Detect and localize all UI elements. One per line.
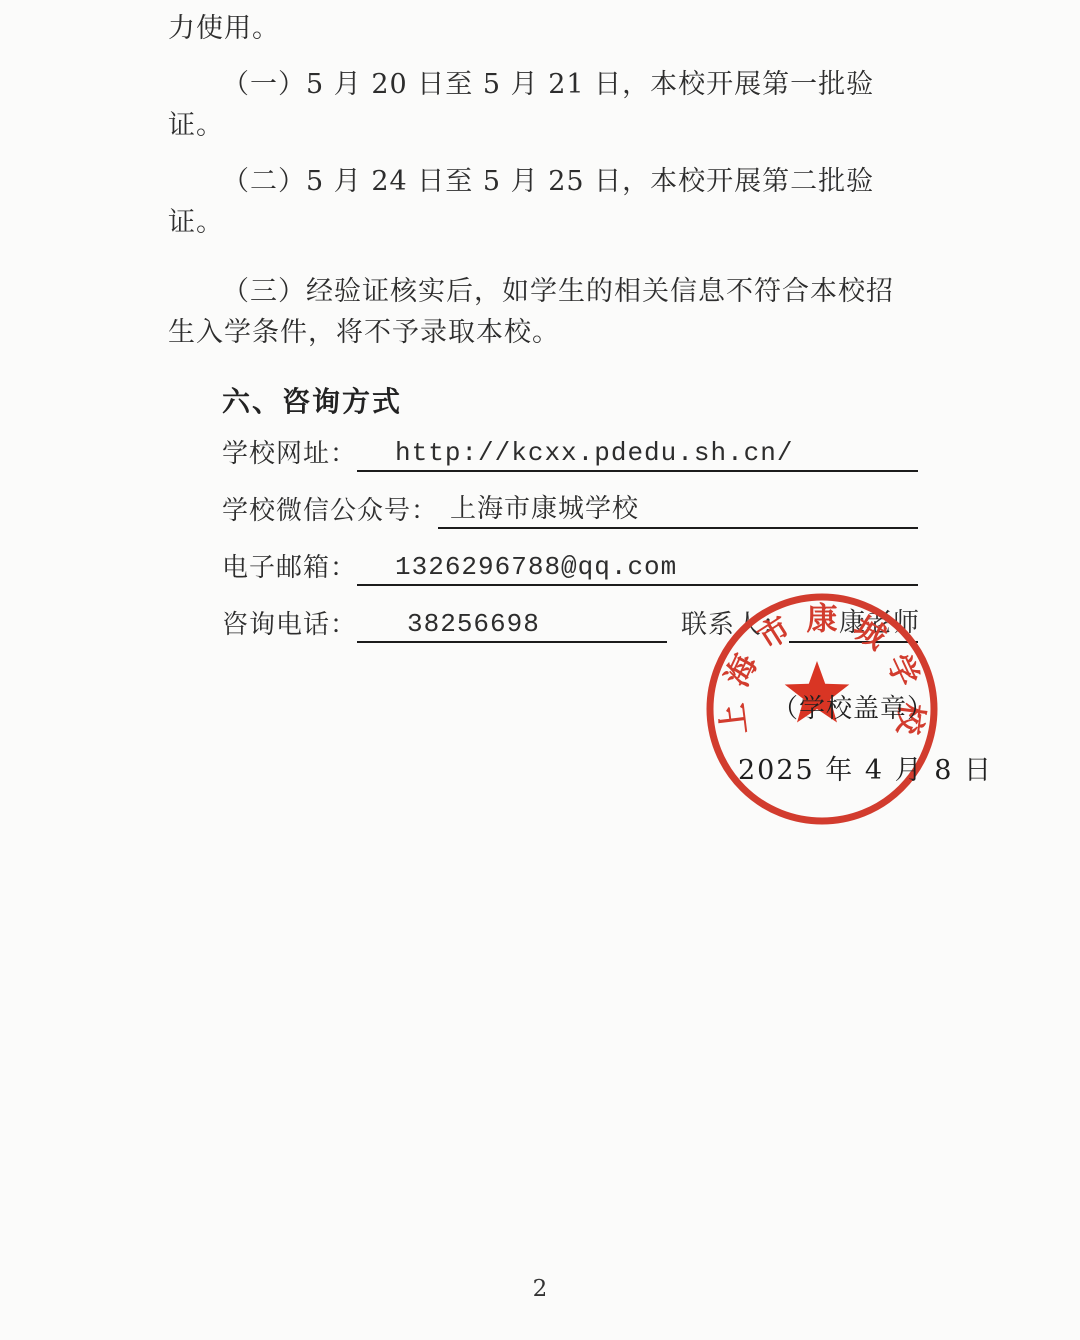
document-page: 力使用。 （一）5 月 20 日至 5 月 21 日，本校开展第一批验证。 （二… — [0, 0, 1080, 1340]
document-content: 力使用。 （一）5 月 20 日至 5 月 21 日，本校开展第一批验证。 （二… — [168, 8, 918, 643]
page-number: 2 — [0, 1276, 1080, 1302]
wechat-blank-line: 上海市康城学校 — [438, 491, 918, 529]
phone-value: 38256698 — [357, 609, 540, 639]
email-value: 1326296788@qq.com — [357, 552, 677, 582]
phone-blank-line: 38256698 — [357, 605, 667, 643]
paragraph-item-1: （一）5 月 20 日至 5 月 21 日，本校开展第一批验证。 — [168, 64, 918, 146]
email-label: 电子邮箱： — [222, 550, 357, 586]
paragraph-continuation: 力使用。 — [168, 8, 918, 49]
seal-char-4: 康 — [807, 602, 838, 638]
form-row-wechat: 学校微信公众号： 上海市康城学校 — [222, 491, 918, 529]
website-value: http://kcxx.pdedu.sh.cn/ — [357, 438, 793, 468]
seal-char-1: 上 — [714, 701, 754, 736]
wechat-label: 学校微信公众号： — [222, 493, 438, 529]
phone-label: 咨询电话： — [222, 607, 357, 643]
wechat-value: 上海市康城学校 — [438, 494, 639, 524]
paragraph-item-2: （二）5 月 24 日至 5 月 25 日，本校开展第二批验证。 — [168, 161, 918, 243]
document-date: 2025 年 4 月 8 日 — [738, 748, 993, 787]
website-label: 学校网址： — [222, 436, 357, 472]
website-blank-line: http://kcxx.pdedu.sh.cn/ — [357, 434, 918, 472]
school-seal-stamp: 上 海 市 康 城 学 校 （学校盖章） 2025 年 4 月 8 日 — [690, 576, 954, 844]
section-heading-contact: 六、咨询方式 — [168, 381, 918, 422]
paragraph-item-3: （三）经验证核实后，如学生的相关信息不符合本校招生入学条件，将不予录取本校。 — [168, 271, 918, 353]
form-row-website: 学校网址： http://kcxx.pdedu.sh.cn/ — [222, 434, 918, 472]
seal-caption: （学校盖章） — [772, 688, 934, 725]
